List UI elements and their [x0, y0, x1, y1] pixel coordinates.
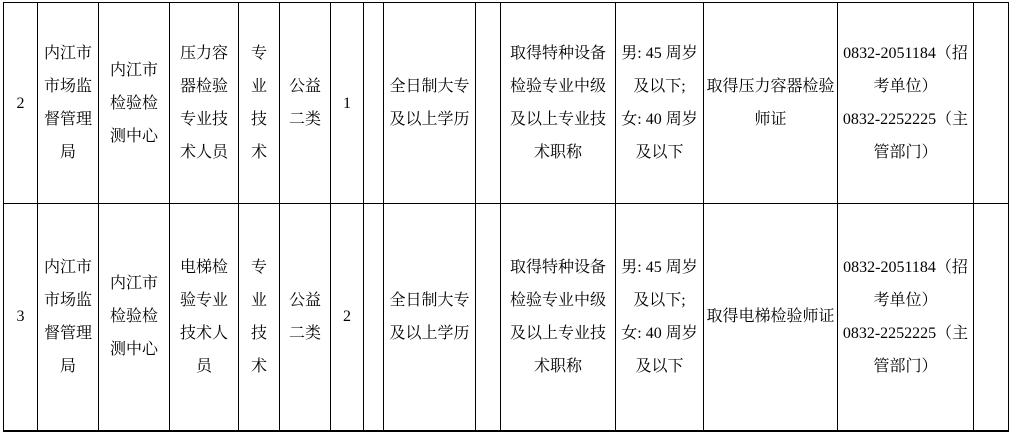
cell-line: 二类 [280, 317, 330, 350]
cell-line: 检验专业中级 [501, 70, 615, 103]
spacer-cell [476, 204, 501, 431]
cell-line: 取得压力容器检验 [704, 70, 837, 103]
spacer-cell [476, 3, 501, 204]
table-row: 2 内江市 市场监 督管理 局 内江市 检验检 测中心 压力容 器检验 专业技 … [4, 3, 1009, 204]
cell-line: 二类 [280, 103, 330, 136]
contact-phone-cell: 0832-2051184（招 考单位） 0832-2252225（主 管部门） [838, 204, 974, 431]
age-limit-cell: 男: 45 周岁 及以下; 女: 40 周岁 及以下 [616, 204, 704, 431]
cell-line: 及以上学历 [384, 103, 475, 136]
cell-line: 专 [239, 251, 279, 284]
position-category-cell: 专 业 技 术 [239, 3, 280, 204]
cell-line: 业 [239, 70, 279, 103]
cell-line: 术 [239, 136, 279, 169]
cell-line: 女: 40 周岁 [616, 103, 703, 136]
openings-count: 1 [331, 87, 363, 120]
openings-cell: 1 [331, 3, 364, 204]
position-cell: 压力容 器检验 专业技 术人员 [170, 3, 239, 204]
cell-line: 内江市 [38, 251, 98, 284]
cell-line: 考单位） [838, 70, 973, 103]
cell-line: 及以下; [616, 70, 703, 103]
cell-line: 师证 [704, 103, 837, 136]
title-requirement-cell: 取得特种设备 检验专业中级 及以上专业技 术职称 [501, 3, 616, 204]
seq-number: 3 [4, 300, 37, 333]
cell-line: 术职称 [501, 350, 615, 383]
unit-class-cell: 公益 二类 [280, 3, 331, 204]
cell-line: 及以下 [616, 350, 703, 383]
cell-line: 技 [239, 103, 279, 136]
competent-department-cell: 内江市 市场监 督管理 局 [38, 204, 99, 431]
cell-line: 0832-2252225（主 [838, 103, 973, 136]
cell-line: 取得电梯检验师证 [704, 300, 837, 333]
cell-line: 专 [239, 37, 279, 70]
cell-line: 及以上学历 [384, 317, 475, 350]
cell-line: 器检验 [170, 70, 238, 103]
age-limit-cell: 男: 45 周岁 及以下; 女: 40 周岁 及以下 [616, 3, 704, 204]
cell-line: 全日制大专 [384, 70, 475, 103]
competent-department-cell: 内江市 市场监 督管理 局 [38, 3, 99, 204]
recruitment-table: 2 内江市 市场监 督管理 局 内江市 检验检 测中心 压力容 器检验 专业技 … [3, 2, 1009, 432]
cell-line: 检验检 [99, 300, 169, 333]
cell-line: 技 [239, 317, 279, 350]
cell-line: 督管理 [38, 317, 98, 350]
cell-line: 女: 40 周岁 [616, 317, 703, 350]
cell-line: 0832-2051184（招 [838, 37, 973, 70]
certificate-cell: 取得电梯检验师证 [704, 204, 838, 431]
cell-line: 男: 45 周岁 [616, 251, 703, 284]
position-category-cell: 专 业 技 术 [239, 204, 280, 431]
cell-line: 电梯检 [170, 251, 238, 284]
cell-line: 0832-2252225（主 [838, 317, 973, 350]
cell-line: 全日制大专 [384, 284, 475, 317]
cell-line: 术 [239, 350, 279, 383]
cell-line: 0832-2051184（招 [838, 251, 973, 284]
position-cell: 电梯检 验专业 技术人 员 [170, 204, 239, 431]
cell-line: 市场监 [38, 70, 98, 103]
recruiting-unit-cell: 内江市 检验检 测中心 [99, 204, 170, 431]
cell-line: 取得特种设备 [501, 37, 615, 70]
education-cell: 全日制大专 及以上学历 [384, 3, 476, 204]
cell-line: 考单位） [838, 284, 973, 317]
spacer-cell [364, 204, 384, 431]
seq-cell: 2 [4, 3, 38, 204]
table-row: 3 内江市 市场监 督管理 局 内江市 检验检 测中心 电梯检 验专业 技术人 … [4, 204, 1009, 431]
document-page: 2 内江市 市场监 督管理 局 内江市 检验检 测中心 压力容 器检验 专业技 … [0, 0, 1015, 436]
cell-line: 内江市 [99, 54, 169, 87]
cell-line: 管部门） [838, 136, 973, 169]
cell-line: 术职称 [501, 136, 615, 169]
cell-line: 及以下; [616, 284, 703, 317]
cell-line: 市场监 [38, 284, 98, 317]
cell-line: 及以上专业技 [501, 317, 615, 350]
contact-phone-cell: 0832-2051184（招 考单位） 0832-2252225（主 管部门） [838, 3, 974, 204]
cell-line: 压力容 [170, 37, 238, 70]
education-cell: 全日制大专 及以上学历 [384, 204, 476, 431]
cell-line: 员 [170, 350, 238, 383]
cell-line: 及以上专业技 [501, 103, 615, 136]
cell-line: 测中心 [99, 120, 169, 153]
cell-line: 公益 [280, 284, 330, 317]
cell-line: 管部门） [838, 350, 973, 383]
certificate-cell: 取得压力容器检验 师证 [704, 3, 838, 204]
trailing-empty-cell [974, 204, 1009, 431]
title-requirement-cell: 取得特种设备 检验专业中级 及以上专业技 术职称 [501, 204, 616, 431]
seq-cell: 3 [4, 204, 38, 431]
cell-line: 内江市 [38, 37, 98, 70]
cell-line: 专业技 [170, 103, 238, 136]
cell-line: 男: 45 周岁 [616, 37, 703, 70]
openings-cell: 2 [331, 204, 364, 431]
cell-line: 检验检 [99, 87, 169, 120]
cell-line: 局 [38, 350, 98, 383]
recruiting-unit-cell: 内江市 检验检 测中心 [99, 3, 170, 204]
cell-line: 内江市 [99, 267, 169, 300]
cell-line: 技术人 [170, 317, 238, 350]
seq-number: 2 [4, 87, 37, 120]
cell-line: 验专业 [170, 284, 238, 317]
trailing-empty-cell [974, 3, 1009, 204]
cell-line: 业 [239, 284, 279, 317]
cell-line: 及以下 [616, 136, 703, 169]
cell-line: 公益 [280, 70, 330, 103]
spacer-cell [364, 3, 384, 204]
cell-line: 术人员 [170, 136, 238, 169]
cell-line: 督管理 [38, 103, 98, 136]
cell-line: 局 [38, 136, 98, 169]
cell-line: 取得特种设备 [501, 251, 615, 284]
unit-class-cell: 公益 二类 [280, 204, 331, 431]
cell-line: 检验专业中级 [501, 284, 615, 317]
openings-count: 2 [331, 300, 363, 333]
cell-line: 测中心 [99, 333, 169, 366]
